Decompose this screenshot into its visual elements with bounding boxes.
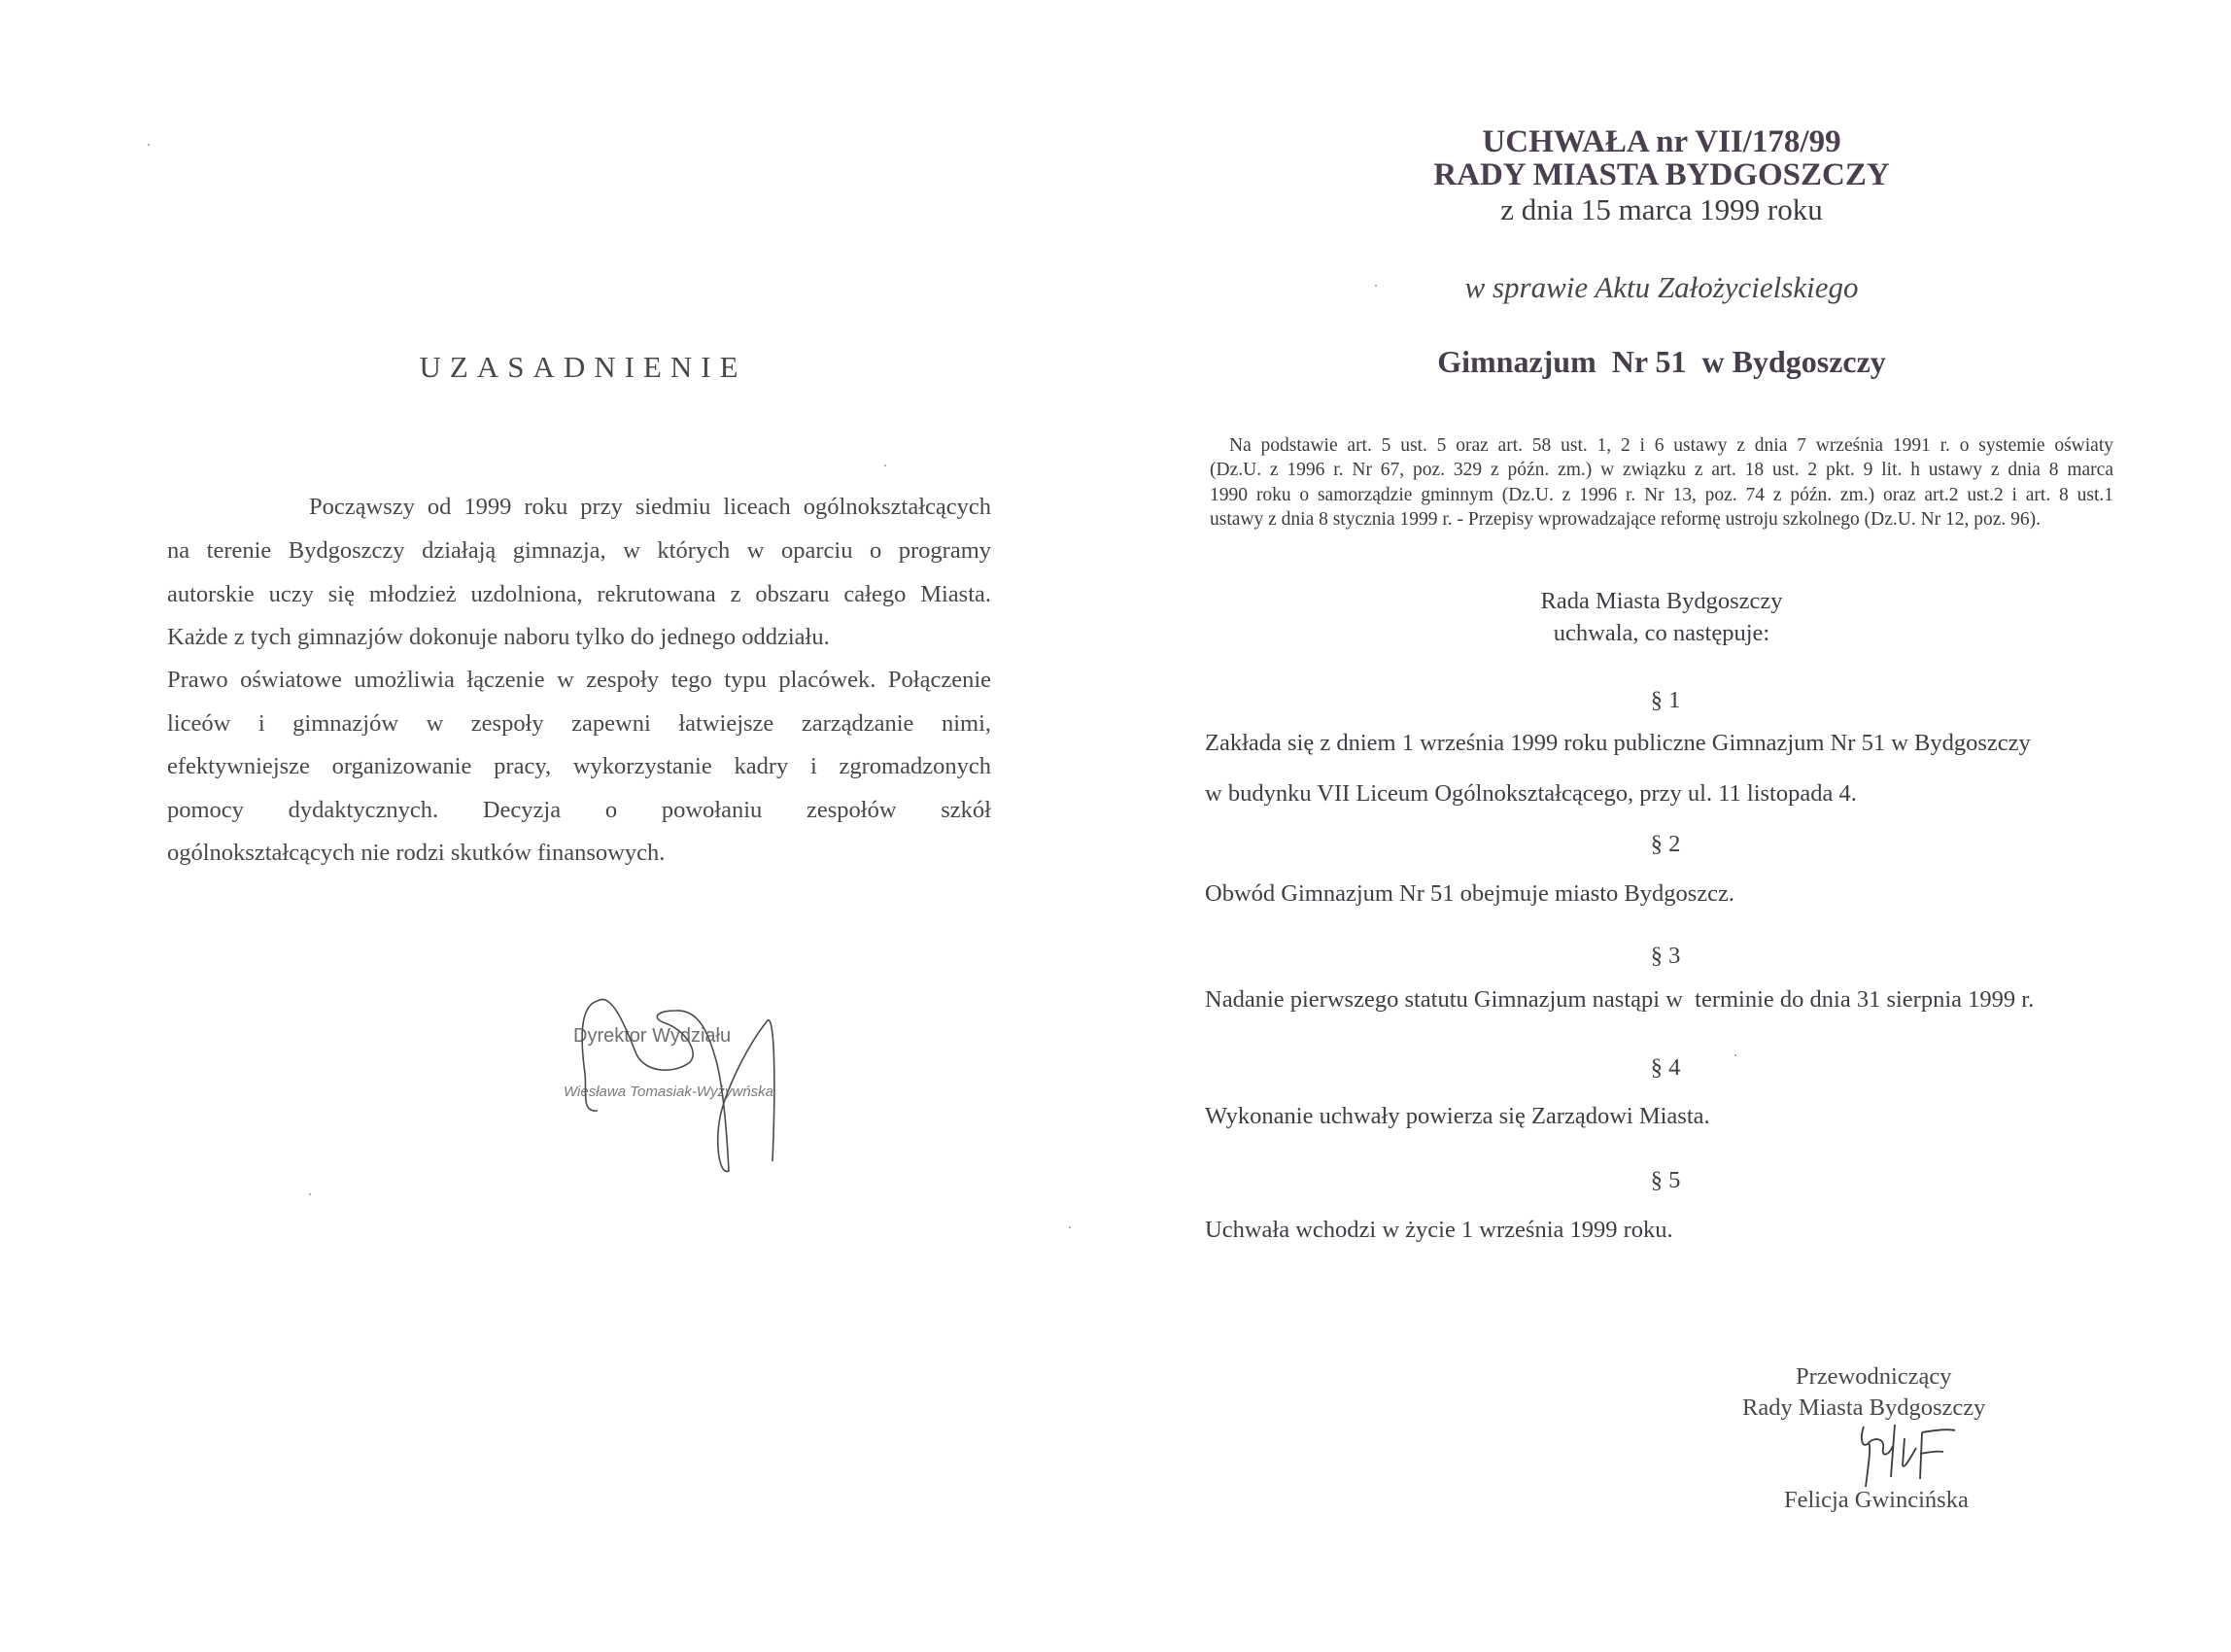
council-name: RADY MIASTA BYDGOSZCZY bbox=[1341, 157, 1982, 193]
director-stamp-with-signature: Dyrektor Wydziału Wiesława Tomasiak-Wyży… bbox=[554, 977, 797, 1181]
scan-speck bbox=[1734, 1054, 1736, 1056]
legal-basis-line: ustawy z dnia 8 stycznia 1999 r. - Przep… bbox=[1210, 509, 2113, 531]
signatory-title: Przewodniczący bbox=[1796, 1363, 1952, 1391]
resolution-number: UCHWAŁA nr VII/178/99 bbox=[1341, 124, 1982, 160]
resolution-date: z dnia 15 marca 1999 roku bbox=[1341, 192, 1982, 227]
section-text: Nadanie pierwszego statutu Gimnazjum nas… bbox=[1205, 986, 2034, 1014]
section-text: Zakłada się z dniem 1 września 1999 roku… bbox=[1205, 730, 2031, 757]
section-text: Obwód Gimnazjum Nr 51 obejmuje miasto By… bbox=[1205, 880, 1734, 908]
scan-speck bbox=[1069, 1226, 1071, 1228]
handwritten-signature-icon bbox=[554, 977, 797, 1181]
scan-speck bbox=[884, 465, 886, 466]
signatory-name: Felicja Gwincińska bbox=[1784, 1487, 1969, 1514]
scan-speck bbox=[309, 1193, 311, 1195]
justification-line: autorskie uczy się młodzież uzdolniona, … bbox=[167, 581, 991, 608]
legal-basis-line: Na podstawie art. 5 ust. 5 oraz art. 58 … bbox=[1229, 435, 2113, 457]
section-mark: § 1 bbox=[1665, 687, 1666, 714]
section-text: Wykonanie uchwały powierza się Zarządowi… bbox=[1205, 1103, 1710, 1130]
justification-line: ogólnokształcących nie rodzi skutków fin… bbox=[167, 840, 991, 867]
signatory-title: Rady Miasta Bydgoszczy bbox=[1742, 1394, 1985, 1422]
justification-line: na terenie Bydgoszczy działają gimnazja,… bbox=[167, 537, 991, 565]
resolution-subject: w sprawie Aktu Założycielskiego bbox=[1341, 270, 1982, 305]
section-mark: § 2 bbox=[1665, 831, 1666, 858]
section-mark: § 4 bbox=[1665, 1054, 1666, 1082]
scan-speck bbox=[1375, 285, 1377, 287]
section-mark: § 5 bbox=[1665, 1167, 1666, 1194]
justification-line: liceów i gimnazjów w zespoły zapewni łat… bbox=[167, 710, 991, 738]
section-text: Uchwała wchodzi w życie 1 września 1999 … bbox=[1205, 1217, 1673, 1244]
justification-line: Każde z tych gimnazjów dokonuje naboru t… bbox=[167, 624, 991, 651]
institution-name: Gimnazjum Nr 51 w Bydgoszczy bbox=[1341, 344, 1982, 380]
section-mark: § 3 bbox=[1665, 943, 1666, 970]
scan-speck bbox=[148, 144, 150, 146]
justification-title: UZASADNIENIE bbox=[292, 350, 875, 385]
council-resolves-line1: Rada Miasta Bydgoszczy bbox=[1516, 588, 1807, 615]
justification-line: Prawo oświatowe umożliwia łączenie w zes… bbox=[167, 667, 991, 694]
legal-basis-line: (Dz.U. z 1996 r. Nr 67, poz. 329 z późn.… bbox=[1210, 460, 2113, 481]
justification-line: efektywniejsze organizowanie pracy, wyko… bbox=[167, 753, 991, 780]
justification-line: Począwszy od 1999 roku przy siedmiu lice… bbox=[309, 494, 991, 521]
section-text: w budynku VII Liceum Ogólnokształcącego,… bbox=[1205, 780, 1857, 808]
justification-line: pomocy dydaktycznych. Decyzja o powołani… bbox=[167, 797, 991, 824]
council-resolves-line2: uchwala, co następuje: bbox=[1516, 620, 1807, 647]
legal-basis-line: 1990 roku o samorządzie gminnym (Dz.U. z… bbox=[1210, 485, 2113, 506]
